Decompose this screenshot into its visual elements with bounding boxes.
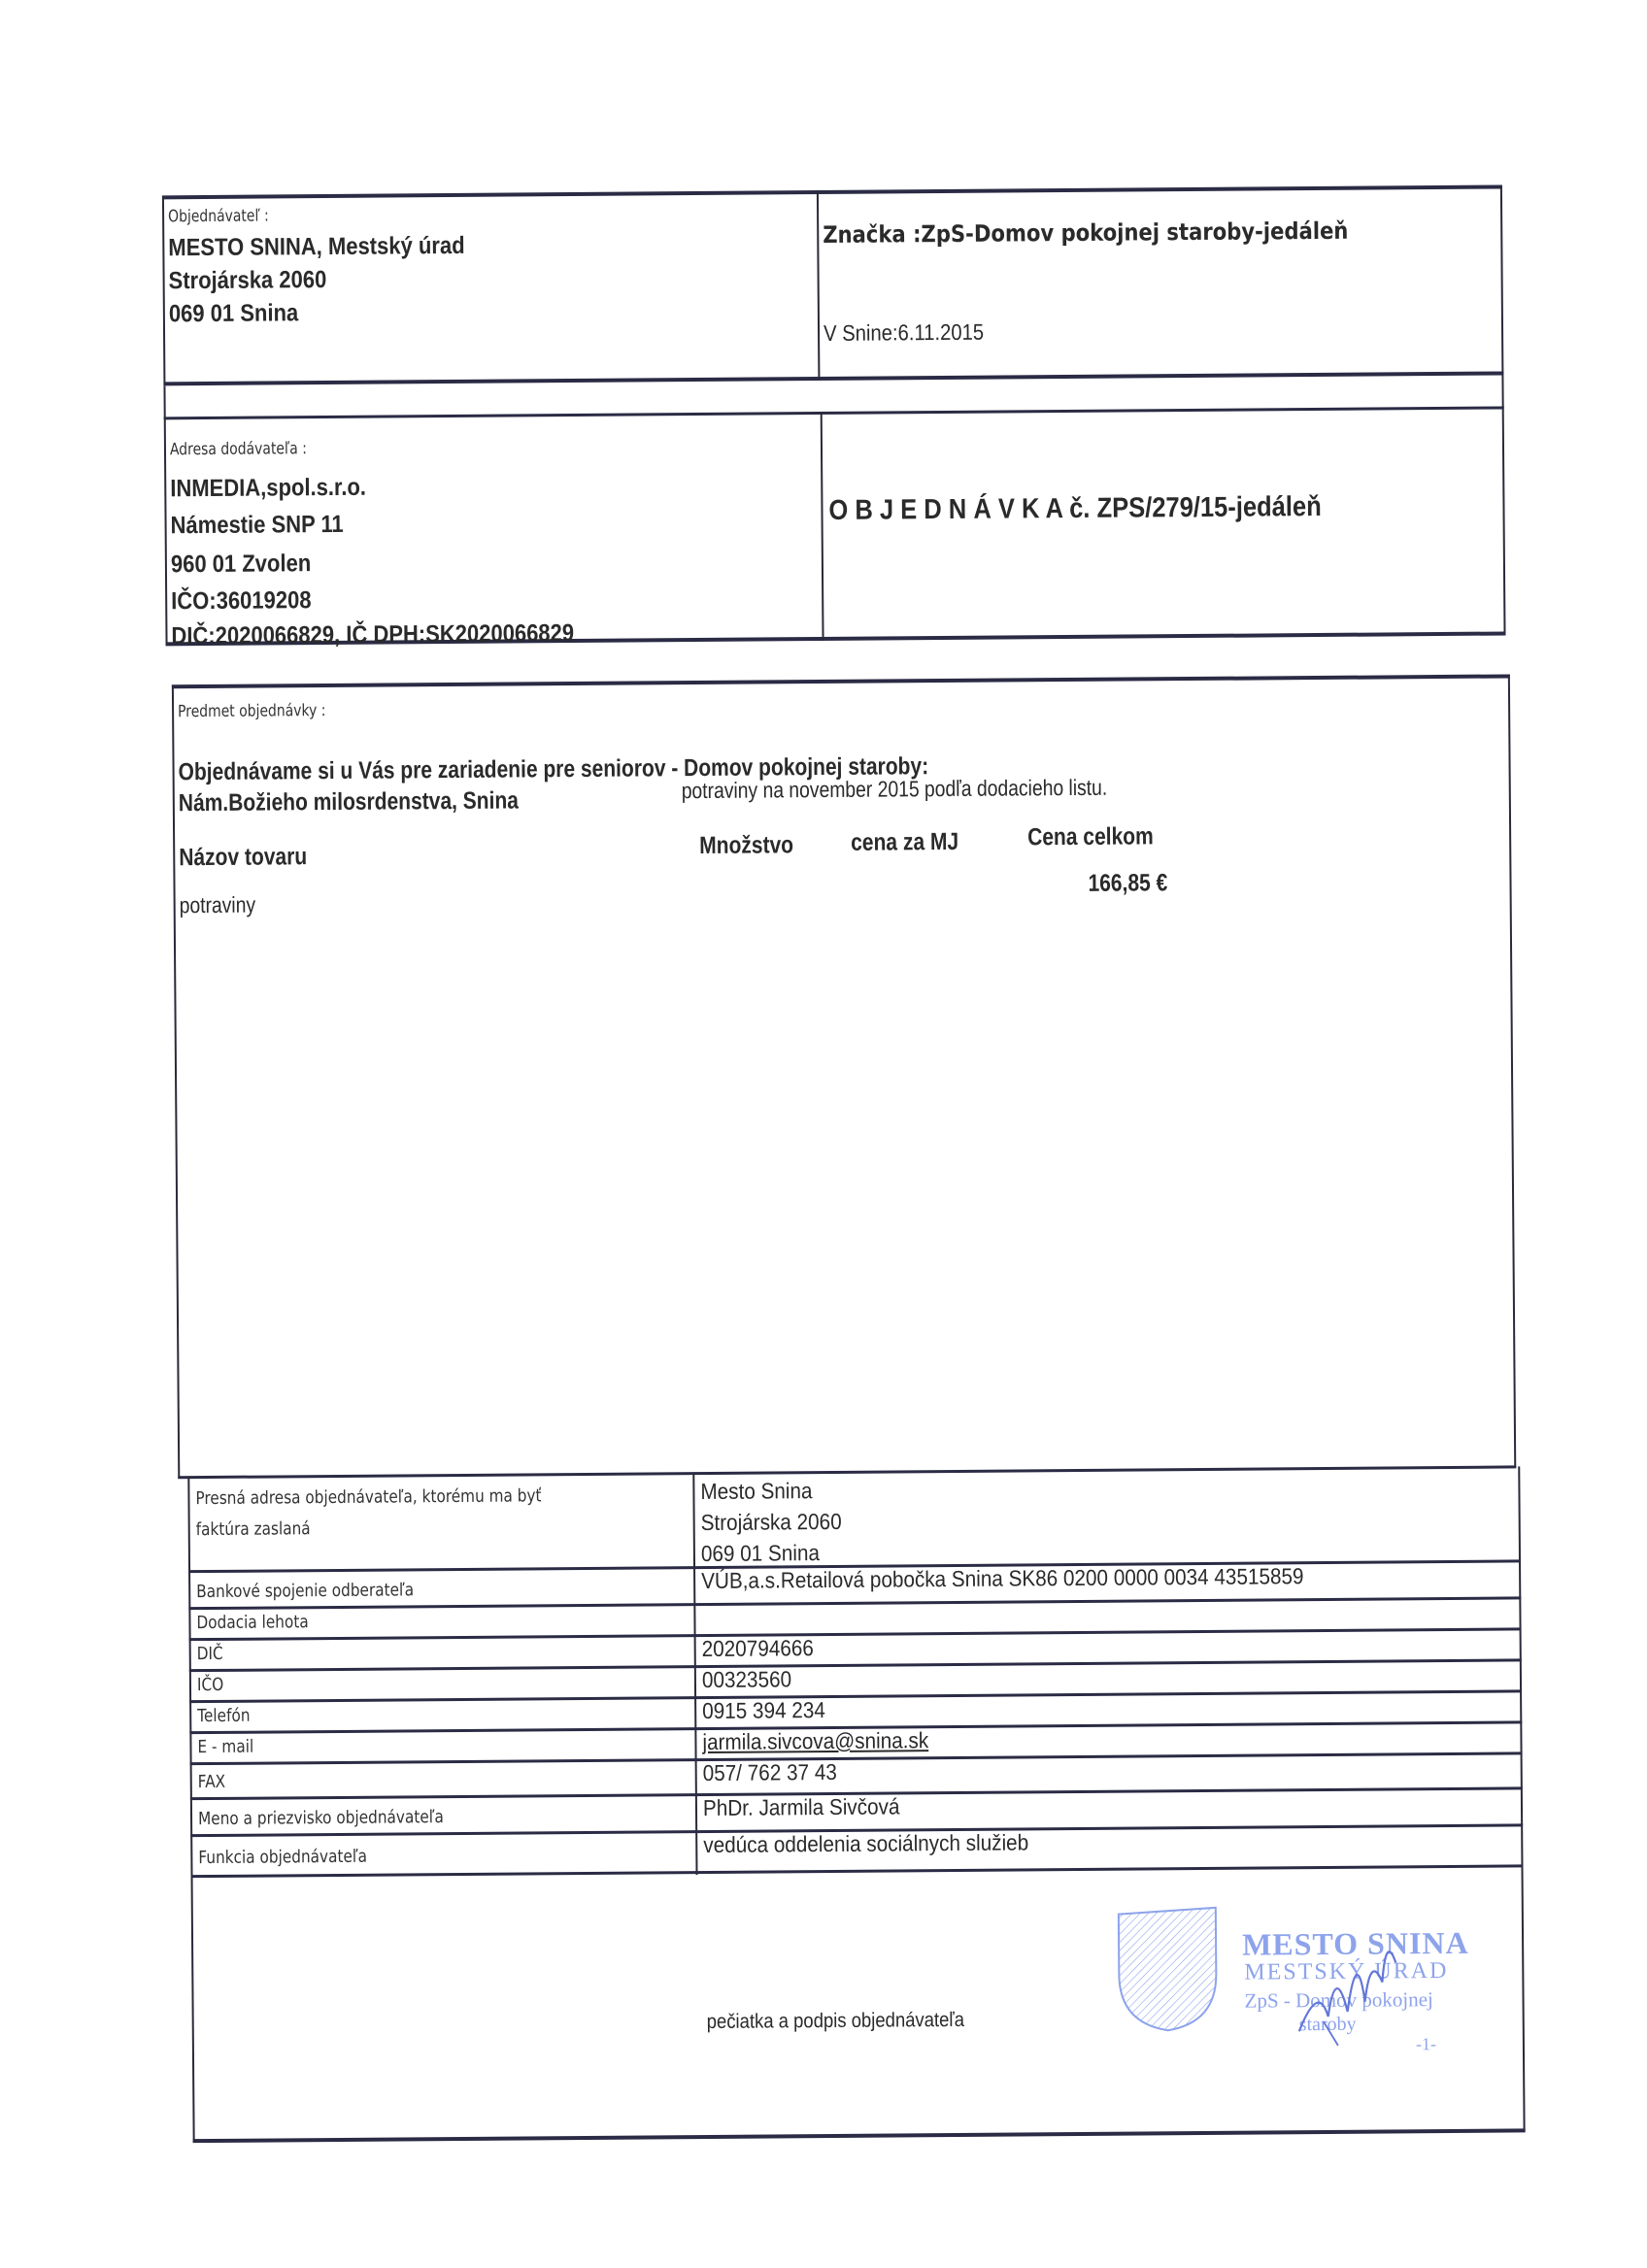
subject-description: potraviny na november 2015 podľa dodacie… [682,775,1108,804]
table-row: DIČ2020794666 [0,0,1638,7]
row-label: DIČ [197,1644,223,1664]
row-label: Funkcia objednávateľa [198,1847,367,1868]
row-label: Dodacia lehota [196,1612,308,1633]
row-value: 069 01 Snina [701,1540,820,1567]
orderer-city: 069 01 Snina [169,299,299,328]
orderer-label: Objednávateľ : [168,206,269,226]
order-title: O B J E D N Á V K A č. ZPS/279/15-jedále… [828,491,1322,527]
order-reference: Značka :ZpS-Domov pokojnej staroby-jedál… [823,217,1348,249]
row-label: Bankové spojenie odberateľa [196,1580,414,1602]
orderer-street: Strojárska 2060 [169,266,327,295]
header-gap-right [1501,375,1503,408]
item-name: potraviny [180,892,256,919]
table-row: Dodacia lehota [0,0,1638,7]
header-box [162,184,1503,385]
row-label: Telefón [197,1706,250,1726]
column-item-name: Názov tovaru [179,843,307,872]
table-row: E - mailjarmila.sivcova@snina.sk [0,0,1638,7]
column-unit-price: cena za MJ [851,828,958,857]
table-row: Bankové spojenie odberateľaVÚB,a.s.Retai… [0,0,1638,7]
subject-label: Predmet objednávky : [178,701,325,721]
email-link[interactable]: jarmila.sivcova@snina.sk [702,1727,928,1755]
row-value: 0915 394 234 [702,1697,825,1724]
row-value: PhDr. Jarmila Sivčová [703,1793,900,1821]
subject-address: Nám.Božieho milosrdenstva, Snina [179,786,519,817]
supplier-label: Adresa dodávateľa : [170,439,307,459]
row-value: Mesto Snina [700,1478,812,1505]
row-label-continued: faktúra zaslaná [196,1518,311,1540]
row-value: 00323560 [702,1666,791,1693]
supplier-city: 960 01 Zvolen [171,550,312,579]
order-document: Objednávateľ : MESTO SNINA, Mestský úrad… [0,0,1647,2268]
row-value: 057/ 762 37 43 [703,1759,837,1786]
row-label: E - mail [197,1737,253,1757]
row-value: 2020794666 [702,1635,814,1662]
orderer-name: MESTO SNINA, Mestský úrad [168,232,464,262]
column-quantity: Množstvo [699,831,793,860]
table-row: Telefón0915 394 234 [0,0,1638,7]
details-table: Presná adresa objednávateľa, ktorému ma … [0,0,1638,7]
supplier-dic: DIČ:2020066829, IČ DPH:SK2020066829 [171,619,574,650]
place-date: V Snine:6.11.2015 [823,319,984,347]
column-total-price: Cena celkom [1027,822,1154,851]
signature-icon [1289,1923,1426,2051]
row-label: Presná adresa objednávateľa, ktorému ma … [195,1485,541,1509]
supplier-name: INMEDIA,spol.s.r.o. [170,474,366,504]
supplier-street: Námestie SNP 11 [170,511,343,540]
table-row: FAX057/ 762 37 43 [0,0,1638,7]
table-row: IČO00323560 [0,0,1638,7]
row-label: FAX [198,1772,226,1792]
header-gap-left [163,385,165,418]
row-value: VÚB,a.s.Retailová pobočka Snina SK86 020… [701,1563,1304,1594]
item-total: 166,85 € [1088,869,1167,898]
supplier-ico: IČO:36019208 [171,586,312,616]
signature-label: pečiatka a podpis objednávateľa [707,2009,965,2034]
table-row: Presná adresa objednávateľa, ktorému ma … [0,0,1638,7]
row-label: Meno a priezvisko objednávateľa [198,1807,444,1829]
table-row: Meno a priezvisko objednávateľaPhDr. Jar… [0,0,1638,7]
row-label: IČO [197,1675,223,1695]
official-stamp: MESTO SNINA MESTSKÝ ÚRAD ZpS - Domov pok… [1114,1904,1484,2062]
table-row: Funkcia objednávateľavedúca oddelenia so… [0,0,1638,7]
row-value: Strojárska 2060 [701,1509,842,1536]
coat-of-arms-icon [1114,1906,1222,2033]
row-value: vedúca oddelenia sociálnych služieb [703,1829,1028,1858]
